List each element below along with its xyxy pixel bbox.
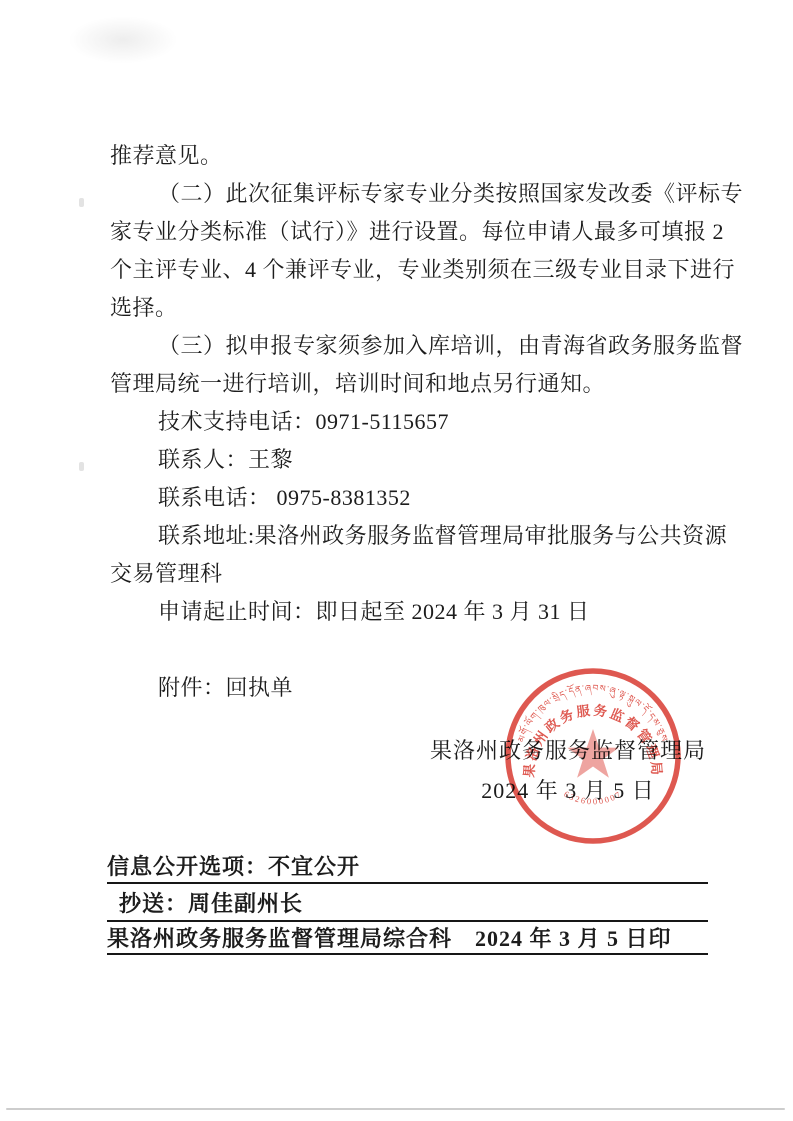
document-body: 推荐意见。（二）此次征集评标专家专业分类按照国家发改委《评标专家专业分类标准（试… bbox=[110, 137, 720, 707]
seal-code-text: 6326000007 bbox=[562, 789, 623, 807]
body-text-line: 交易管理科 bbox=[110, 555, 720, 593]
seal-star bbox=[567, 729, 618, 778]
body-text-line: （二）此次征集评标专家专业分类按照国家发改委《评标专 bbox=[110, 175, 720, 213]
document-footer: 信息公开选项：不宜公开抄送：周佳副州长果洛州政务服务监督管理局综合科 2024 … bbox=[107, 849, 708, 955]
scan-speck bbox=[79, 198, 84, 207]
body-text-line: 联系地址:果洛州政务服务监督管理局审批服务与公共资源 bbox=[110, 517, 720, 555]
body-text-line: 管理局统一进行培训，培训时间和地点另行通知。 bbox=[110, 365, 720, 403]
footer-row: 抄送：周佳副州长 bbox=[107, 884, 708, 922]
seal-graphic: མགོ་ལོག་ཁུལ་སྲིད་དོན་ཞབས་ཞུ་ལྟ་སྐུལ་དོ་ད… bbox=[502, 665, 684, 847]
body-text-line: 技术支持电话：0971-5115657 bbox=[110, 403, 720, 441]
body-text-line: 申请起止时间：即日起至 2024 年 3 月 31 日 bbox=[110, 593, 720, 631]
body-text-line bbox=[110, 631, 720, 669]
page-edge-line bbox=[6, 1108, 785, 1110]
body-text-line: 联系电话： 0975-8381352 bbox=[110, 479, 720, 517]
official-seal: མགོ་ལོག་ཁུལ་སྲིད་དོན་ཞབས་ཞུ་ལྟ་སྐུལ་དོ་ད… bbox=[502, 665, 684, 847]
footer-row: 信息公开选项：不宜公开 bbox=[107, 849, 708, 884]
body-text-line: 家专业分类标准（试行）》进行设置。每位申请人最多可填报 2 bbox=[110, 213, 720, 251]
scan-smudge bbox=[68, 16, 178, 64]
body-text-line: 推荐意见。 bbox=[110, 137, 720, 175]
body-text-line: （三）拟申报专家须参加入库培训，由青海省政务服务监督 bbox=[110, 327, 720, 365]
scan-speck bbox=[79, 462, 84, 471]
body-text-line: 选择。 bbox=[110, 289, 720, 327]
body-text-line: 个主评专业、4 个兼评专业，专业类别须在三级专业目录下进行 bbox=[110, 251, 720, 289]
footer-row: 果洛州政务服务监督管理局综合科 2024 年 3 月 5 日印 bbox=[107, 922, 708, 955]
document-page: 推荐意见。（二）此次征集评标专家专业分类按照国家发改委《评标专家专业分类标准（试… bbox=[0, 0, 793, 1121]
body-text-line: 联系人：王黎 bbox=[110, 441, 720, 479]
